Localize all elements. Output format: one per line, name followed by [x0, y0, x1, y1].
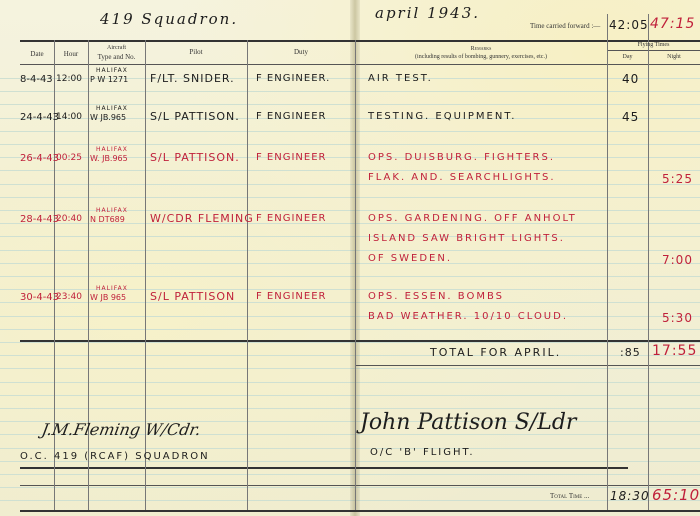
- logbook-page: 419 Squadron. april 1943. Time carried f…: [0, 0, 700, 516]
- entry-aircraft-no: W JB 965: [90, 293, 126, 302]
- col-header-aircraft-1: Aircraft: [88, 45, 145, 51]
- month-total-label: TOTAL FOR APRIL.: [430, 346, 561, 359]
- col-header-date: Date: [20, 50, 54, 58]
- col-header-flying-times: Flying Times: [607, 42, 700, 48]
- col-header-duty: Duty: [247, 48, 355, 56]
- entry-pilot: F/LT. SNIDER.: [150, 72, 235, 85]
- entry-remarks-line: OPS. ESSEN. BOMBS: [368, 291, 504, 302]
- col-divider-pilot: [247, 40, 248, 510]
- entry-pilot: S/L PATTISON: [150, 290, 235, 303]
- entry-aircraft-no: P W 1271: [90, 75, 128, 84]
- col-divider-hour: [88, 40, 89, 510]
- entry-night-time: 7:00: [662, 253, 693, 267]
- entry-day-time: 45: [622, 110, 639, 124]
- entry-duty: F ENGINEER: [256, 111, 327, 122]
- entry-remarks-line: ISLAND SAW BRIGHT LIGHTS.: [368, 233, 565, 244]
- col-header-pilot: Pilot: [145, 48, 247, 56]
- entry-date: 30-4-43: [20, 292, 59, 303]
- footer-top-rule: [20, 485, 700, 486]
- entry-day-time: 40: [622, 72, 639, 86]
- entry-remarks-line: FLAK. AND. SEARCHLIGHTS.: [368, 172, 556, 183]
- carried-forward-label: Time carried forward :—: [530, 22, 600, 30]
- entry-aircraft-type: HALIFAX: [96, 207, 128, 214]
- header-bottom-rule: [20, 64, 700, 65]
- entry-date: 24-4-43: [20, 112, 59, 123]
- col-divider-duty: [355, 40, 356, 510]
- flying-times-divider: [607, 50, 700, 51]
- entry-remarks-line: AIR TEST.: [368, 73, 433, 84]
- entry-duty: F ENGINEER: [256, 213, 327, 224]
- entry-aircraft-no: N DT689: [90, 215, 125, 224]
- month-total-night: 17:55: [652, 343, 697, 359]
- col-header-hour: Hour: [54, 50, 88, 58]
- flight-commander-title: O/C 'B' FLIGHT.: [370, 447, 475, 458]
- entry-date: 8-4-43: [20, 74, 53, 85]
- entry-aircraft-type: HALIFAX: [96, 146, 128, 153]
- entry-remarks-line: BAD WEATHER. 10/10 CLOUD.: [368, 311, 568, 322]
- entry-remarks-line: OPS. GARDENING. OFF ANHOLT: [368, 213, 577, 224]
- entry-hour: 00:25: [56, 153, 82, 163]
- entry-remarks-line: OPS. DUISBURG. FIGHTERS.: [368, 152, 555, 163]
- squadron-heading: 419 Squadron.: [100, 10, 238, 28]
- col-header-night: Night: [648, 54, 700, 60]
- footer-bottom-rule: [20, 510, 700, 512]
- entry-duty: F ENGINEER: [256, 152, 327, 163]
- col-header-remarks: Remarks: [355, 46, 607, 52]
- col-divider-remarks: [607, 14, 608, 510]
- entry-remarks-line: OF SWEDEN.: [368, 253, 452, 264]
- entry-aircraft-no: W. JB.965: [90, 154, 128, 163]
- col-divider-aircraft: [145, 40, 146, 510]
- col-divider-day: [648, 14, 649, 510]
- flight-commander-signature: John Pattison S/Ldr: [360, 410, 576, 435]
- entry-hour: 14:00: [56, 112, 82, 122]
- col-header-day: Day: [607, 54, 648, 60]
- carried-forward-day: 42:05: [609, 18, 649, 32]
- month-heading: april 1943.: [375, 4, 480, 22]
- entry-night-time: 5:25: [662, 172, 693, 186]
- entry-date: 28-4-43: [20, 214, 59, 225]
- total-time-night: 65:10: [652, 486, 700, 504]
- entry-aircraft-type: HALIFAX: [96, 105, 128, 112]
- total-top-rule: [20, 340, 700, 342]
- entry-night-time: 5:30: [662, 311, 693, 325]
- oc-title: O.C. 419 (RCAF) SQUADRON: [20, 451, 210, 462]
- col-header-aircraft-2: Type and No.: [88, 53, 145, 61]
- entry-remarks-line: TESTING. EQUIPMENT.: [368, 111, 516, 122]
- entry-pilot: S/L PATTISON.: [150, 151, 240, 164]
- total-time-day: 18:30: [610, 489, 650, 503]
- entry-duty: F ENGINEER: [256, 291, 327, 302]
- entry-hour: 12:00: [56, 74, 82, 84]
- month-total-day: :85: [620, 346, 641, 359]
- entry-date: 26-4-43: [20, 153, 59, 164]
- entry-hour: 23:40: [56, 292, 82, 302]
- entry-aircraft-type: HALIFAX: [96, 67, 128, 74]
- entry-pilot: W/CDR FLEMING: [150, 212, 254, 225]
- total-time-label: Total Time ...: [550, 492, 589, 500]
- entry-pilot: S/L PATTISON.: [150, 110, 240, 123]
- signature-bottom-rule: [20, 467, 628, 469]
- entry-duty: F ENGINEER.: [256, 73, 330, 84]
- entry-aircraft-no: W JB.965: [90, 113, 126, 122]
- entry-aircraft-type: HALIFAX: [96, 285, 128, 292]
- oc-signature: J.M.Fleming W/Cdr.: [40, 420, 202, 439]
- col-divider-date: [54, 40, 55, 510]
- col-header-remarks-sub: (including results of bombing, gunnery, …: [355, 54, 607, 60]
- carried-forward-night: 47:15: [650, 16, 695, 32]
- entry-hour: 20:40: [56, 214, 82, 224]
- header-top-rule: [20, 40, 700, 42]
